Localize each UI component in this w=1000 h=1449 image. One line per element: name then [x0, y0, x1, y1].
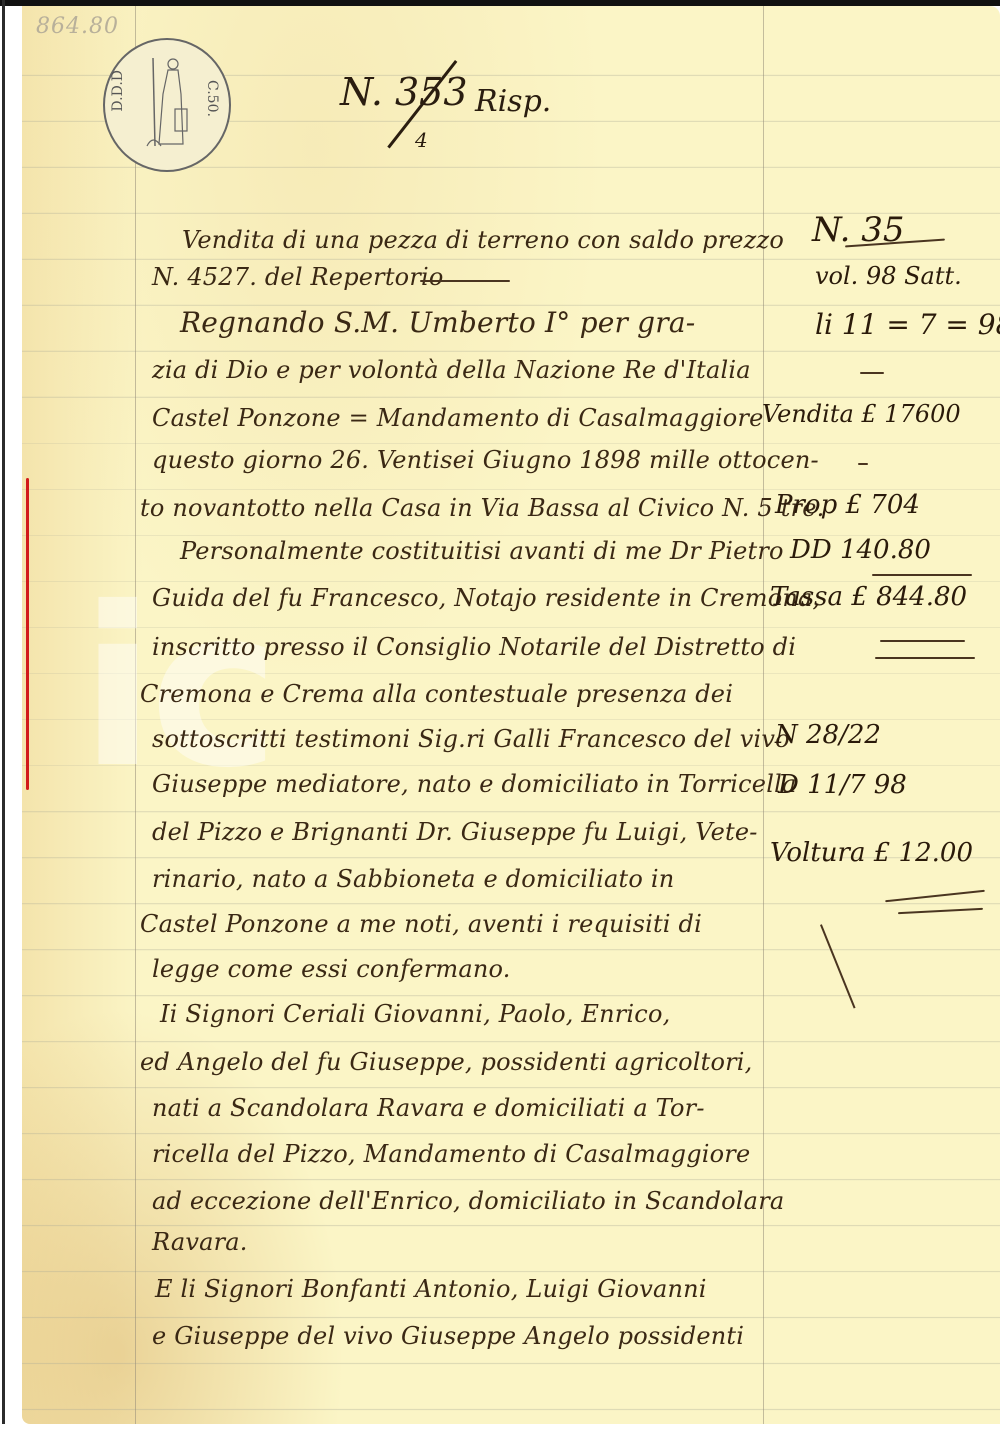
- text-line: Castel Ponzone = Mandamento di Casalmagg…: [152, 404, 764, 432]
- voltura-fee: Voltura £ 12.00: [770, 838, 973, 868]
- text-line: sottoscritti testimoni Sig.ri Galli Fran…: [152, 725, 790, 753]
- text-line: del Pizzo e Brignanti Dr. Giuseppe fu Lu…: [152, 818, 758, 846]
- total-underline-2: [875, 657, 975, 659]
- text-line: Castel Ponzone a me noti, aventi i requi…: [140, 910, 702, 938]
- text-line: Giuseppe mediatore, nato e domiciliato i…: [152, 770, 796, 798]
- text-line: E li Signori Bonfanti Antonio, Luigi Gio…: [155, 1275, 707, 1303]
- text-line: ad eccezione dell'Enrico, domiciliato in…: [152, 1187, 784, 1215]
- stamp-right-text: C.50.: [204, 80, 220, 117]
- dash: [860, 372, 884, 374]
- dd-tax: DD 140.80: [790, 535, 931, 565]
- scan-left-border: [2, 0, 5, 1449]
- voltura-date: D 11/7 98: [778, 770, 907, 800]
- text-line: zia di Dio e per volontà della Nazione R…: [152, 356, 751, 384]
- text-line: Guida del fu Francesco, Notajo residente…: [152, 584, 820, 612]
- text-line: e Giuseppe del vivo Giuseppe Angelo poss…: [152, 1322, 744, 1350]
- sum-line: [872, 574, 972, 576]
- text-line: Cremona e Crema alla contestuale presenz…: [140, 680, 733, 708]
- total-underline: [880, 640, 965, 642]
- scan-bottom-margin: [0, 1424, 1000, 1449]
- text-line: nati a Scandolara Ravara e domiciliati a…: [152, 1094, 705, 1122]
- text-line: rinario, nato a Sabbioneta e domiciliato…: [152, 865, 674, 893]
- sale-amount: Vendita £ 17600: [762, 400, 961, 428]
- proportional-tax: Prop £ 704: [775, 490, 920, 520]
- text-line: legge come essi confermano.: [152, 955, 511, 983]
- italia-turrita-stamp-icon: [145, 54, 191, 154]
- reference-suffix: Risp.: [475, 84, 551, 119]
- dash: [858, 463, 868, 465]
- text-line: N. 4527. del Repertorio: [152, 263, 444, 291]
- volume-entry: vol. 98 Satt.: [815, 262, 962, 290]
- text-line: to novantotto nella Casa in Via Bassa al…: [140, 494, 824, 522]
- reference-sub: 4: [415, 128, 428, 152]
- text-line: questo giorno 26. Ventisei Giugno 1898 m…: [152, 446, 819, 474]
- text-line: Vendita di una pezza di terreno con sald…: [182, 226, 784, 254]
- text-line: ed Angelo del fu Giuseppe, possidenti ag…: [140, 1048, 753, 1076]
- text-line: Regnando S.M. Umberto I° per gra-: [180, 306, 695, 339]
- text-line: ricella del Pizzo, Mandamento di Casalma…: [152, 1140, 750, 1168]
- red-margin-mark: [26, 478, 29, 790]
- pencil-note: 864.80: [36, 14, 119, 39]
- text-line: inscritto presso il Consiglio Notarile d…: [152, 633, 796, 661]
- registration-date: li 11 = 7 = 98: [815, 308, 1000, 341]
- total-tax: Tassa £ 844.80: [770, 582, 967, 612]
- text-line: Ravara.: [152, 1228, 248, 1256]
- text-line: Ii Signori Ceriali Giovanni, Paolo, Enri…: [160, 1000, 670, 1028]
- voltura-number: N 28/22: [775, 720, 881, 750]
- stamp-left-text: D.D.D: [110, 70, 126, 112]
- reference-number: N. 353: [340, 70, 468, 114]
- text-line: Personalmente costituitisi avanti di me …: [180, 537, 784, 565]
- underline: [420, 280, 510, 282]
